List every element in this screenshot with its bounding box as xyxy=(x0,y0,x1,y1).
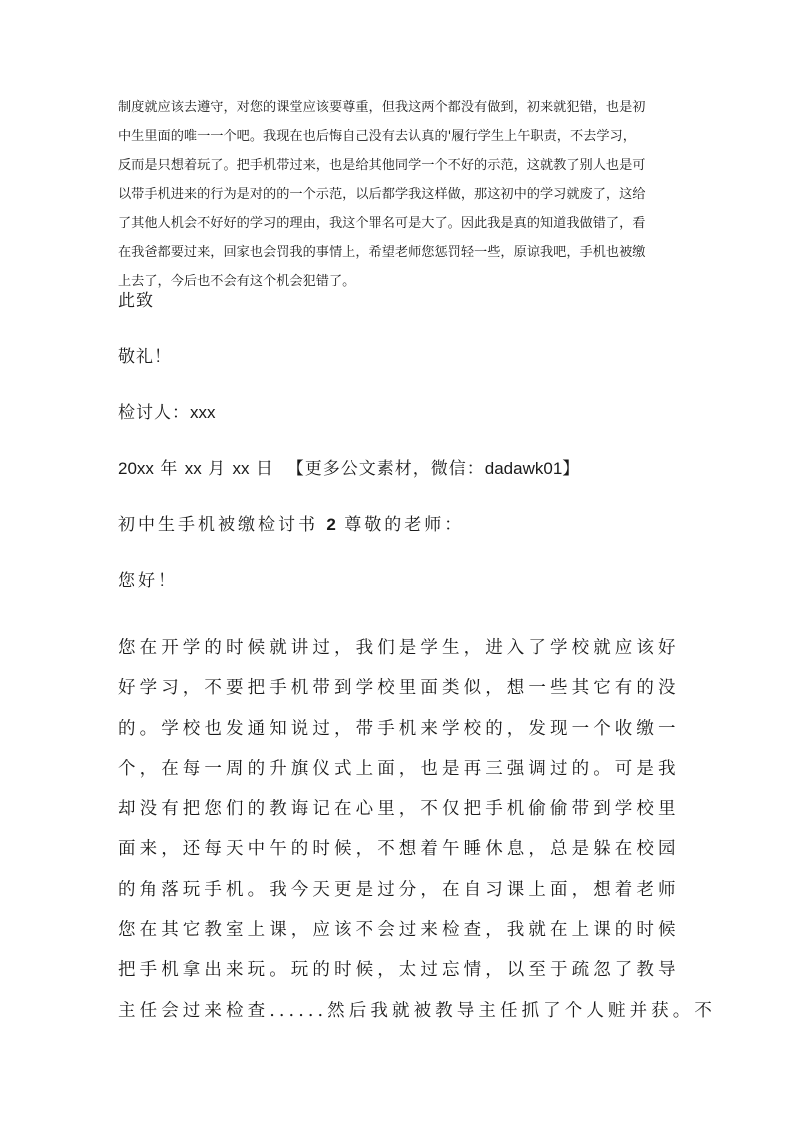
text-line: 却没有把您们的教诲记在心里，不仅把手机偷偷带到学校里 xyxy=(118,789,680,829)
date-month: xx xyxy=(185,459,202,478)
text-line: 了其他人机会不好好的学习的理由，我这个罪名可是大了。因此我是真的知道我做错了，看 xyxy=(118,209,680,238)
date-year-unit: 年 xyxy=(160,459,178,479)
text-line: 中生里面的唯一一个吧。我现在也后悔自己没有去认真的'履行学生上午职责，不去学习， xyxy=(118,122,680,151)
text-line: 反而是只想着玩了。把手机带过来，也是给其他同学一个不好的示范，这就教了别人也是可 xyxy=(118,151,680,180)
text-line: 上去了，今后也不会有这个机会犯错了。 xyxy=(118,267,680,296)
text-line: 您在其它教室上课，应该不会过来检查，我就在上课的时候 xyxy=(118,910,680,950)
note-id: dadawk01 xyxy=(485,459,563,478)
text-line: 主任会过来检查......然后我就被教导主任抓了个人赃并获。不 xyxy=(118,991,680,1031)
note-open: 【更多公文素材，微信： xyxy=(287,459,485,479)
signer-label: 检讨人： xyxy=(118,403,190,423)
text-line: 好学习，不要把手机带到学校里面类似，想一些其它有的没 xyxy=(118,668,680,708)
section-2-salutation: 尊敬的老师： xyxy=(344,515,464,535)
text-line: 您在开学的时候就讲过，我们是学生，进入了学校就应该好 xyxy=(118,628,680,668)
text-line: 面来，还每天中午的时候，不想着午睡休息，总是躲在校园 xyxy=(118,829,680,869)
signer-name: xxx xyxy=(190,403,216,422)
paragraph-continued: 制度就应该去遵守，对您的课堂应该要尊重，但我这两个都没有做到，初来就犯错，也是初… xyxy=(118,93,680,296)
section-2-number: 2 xyxy=(326,515,335,534)
signer-line: 检讨人：xxx xyxy=(118,398,216,423)
text-line: 个，在每一周的升旗仪式上面，也是再三强调过的。可是我 xyxy=(118,749,680,789)
text-line: 的。学校也发通知说过，带手机来学校的，发现一个收缴一 xyxy=(118,709,680,749)
date-line: 20xx 年 xx 月 xx 日 【更多公文素材，微信：dadawk01】 xyxy=(118,454,580,479)
text-line: 制度就应该去遵守，对您的课堂应该要尊重，但我这两个都没有做到，初来就犯错，也是初 xyxy=(118,93,680,122)
greeting: 您好！ xyxy=(118,566,178,591)
closing-line-2: 敬礼！ xyxy=(118,342,172,367)
date-day-unit: 日 xyxy=(256,459,274,479)
text-line: 把手机拿出来玩。玩的时候，太过忘情，以至于疏忽了教导 xyxy=(118,950,680,990)
paragraph-2: 您在开学的时候就讲过，我们是学生，进入了学校就应该好 好学习，不要把手机带到学校… xyxy=(118,628,680,1031)
text-line: 的角落玩手机。我今天更是过分，在自习课上面，想着老师 xyxy=(118,870,680,910)
text-line: 在我爸都要过来，回家也会罚我的事情上，希望老师您惩罚轻一些，原谅我吧，手机也被缴 xyxy=(118,238,680,267)
section-2-heading: 初中生手机被缴检讨书 2 尊敬的老师： xyxy=(118,510,464,535)
document-page: 制度就应该去遵守，对您的课堂应该要尊重，但我这两个都没有做到，初来就犯错，也是初… xyxy=(0,0,793,1122)
date-year: 20xx xyxy=(118,459,154,478)
section-2-title: 初中生手机被缴检讨书 xyxy=(118,515,318,535)
note-close: 】 xyxy=(562,459,580,479)
date-month-unit: 月 xyxy=(208,459,226,479)
date-day: xx xyxy=(233,459,250,478)
text-line: 以带手机进来的行为是对的的一个示范，以后都学我这样做，那这初中的学习就废了，这给 xyxy=(118,180,680,209)
closing-line-1: 此致 xyxy=(118,286,154,311)
